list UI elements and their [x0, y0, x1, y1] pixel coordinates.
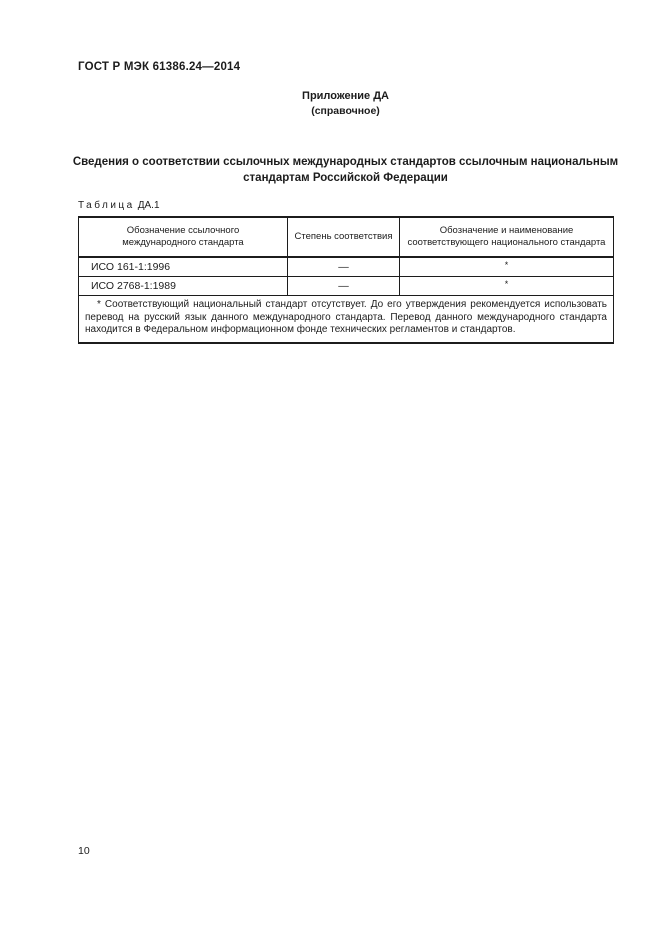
cell-national-standard: *	[400, 257, 614, 277]
cell-reference-standard: ИСО 161-1:1996	[79, 257, 288, 277]
page-number: 10	[78, 845, 90, 857]
appendix-type: (справочное)	[78, 104, 613, 118]
footnote-marker: *	[505, 260, 509, 270]
table-footnote-cell: * Соответствующий национальный стандарт …	[79, 296, 614, 343]
table-footnote-row: * Соответствующий национальный стандарт …	[79, 296, 614, 343]
column-header-line: Степень соответствия	[292, 231, 395, 243]
appendix-title: Приложение ДА	[78, 89, 613, 104]
cell-reference-standard: ИСО 2768-1:1989	[79, 277, 288, 296]
table-caption-word: Таблица	[78, 200, 135, 211]
column-header-line: соответствующего национального стандарта	[404, 237, 609, 249]
cell-national-standard: *	[400, 277, 614, 296]
doc-code: ГОСТ Р МЭК 61386.24—2014	[78, 61, 240, 73]
section-title: Сведения о соответствии ссылочных междун…	[63, 155, 628, 186]
table-row: ИСО 2768-1:1989 — *	[79, 277, 614, 296]
cell-degree: —	[288, 257, 400, 277]
appendix-heading: Приложение ДА (справочное)	[78, 89, 613, 118]
cell-degree: —	[288, 277, 400, 296]
footnote-text: * Соответствующий национальный стандарт …	[85, 299, 607, 337]
table-caption-number: ДА.1	[138, 200, 160, 211]
column-header-degree: Степень соответствия	[288, 217, 400, 257]
section-title-line2: стандартам Российской Федерации	[63, 171, 628, 187]
document-page: ГОСТ Р МЭК 61386.24—2014 Приложение ДА (…	[0, 0, 661, 936]
reference-standards-table: Обозначение ссылочного международного ст…	[78, 216, 614, 344]
column-header-national-standard: Обозначение и наименование соответствующ…	[400, 217, 614, 257]
table-header-row: Обозначение ссылочного международного ст…	[79, 217, 614, 257]
column-header-line: Обозначение ссылочного	[83, 225, 283, 237]
column-header-reference-standard: Обозначение ссылочного международного ст…	[79, 217, 288, 257]
column-header-line: Обозначение и наименование	[404, 225, 609, 237]
column-header-line: международного стандарта	[83, 237, 283, 249]
footnote-marker: *	[505, 279, 509, 289]
table-row: ИСО 161-1:1996 — *	[79, 257, 614, 277]
table-caption: ТаблицаДА.1	[78, 200, 160, 211]
section-title-line1: Сведения о соответствии ссылочных междун…	[63, 155, 628, 171]
